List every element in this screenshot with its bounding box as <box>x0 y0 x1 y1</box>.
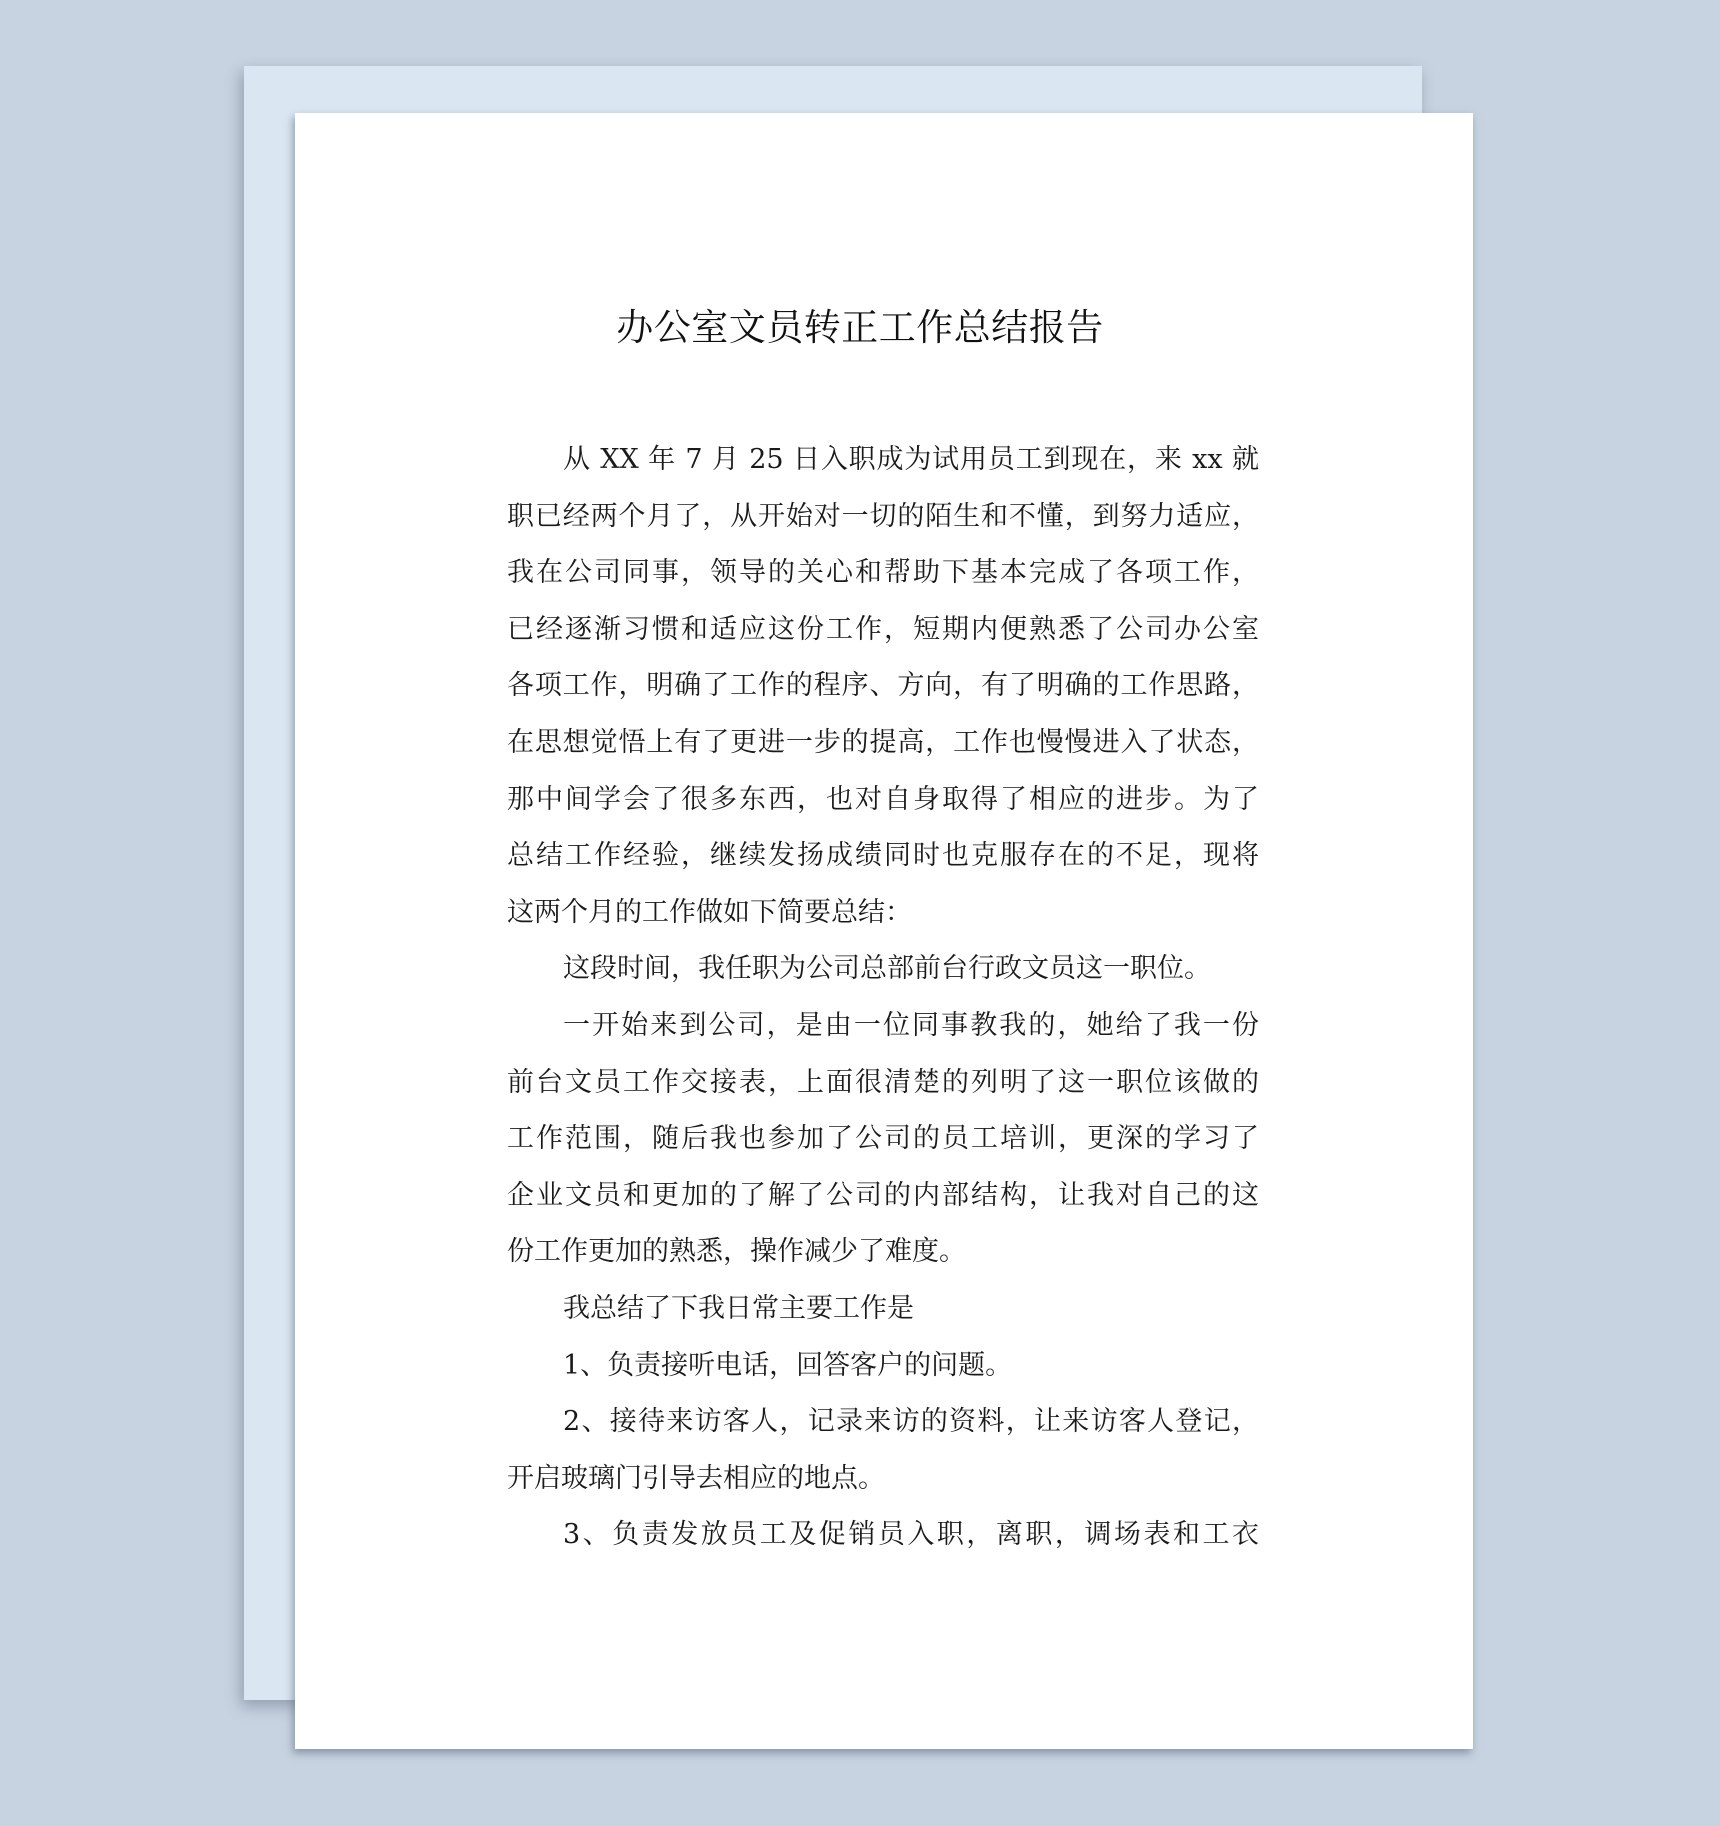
list-item-1: 1、负责接听电话，回答客户的问题。 <box>507 1338 1259 1395</box>
text-line: 3、负责发放员工及促销员入职，离职，调场表和工衣 <box>507 1507 1259 1564</box>
text-line: 各项工作，明确了工作的程序、方向，有了明确的工作思路， <box>507 658 1259 715</box>
list-item-2: 2、接待来访客人，记录来访的资料，让来访客人登记， 开启玻璃门引导去相应的地点。 <box>507 1394 1259 1507</box>
text-line: 从 XX 年 7 月 25 日入职成为试用员工到现在，来 xx 就 <box>507 432 1259 489</box>
text-line: 已经逐渐习惯和适应这份工作，短期内便熟悉了公司办公室 <box>507 602 1259 659</box>
paragraph-intro: 从 XX 年 7 月 25 日入职成为试用员工到现在，来 xx 就 职已经两个月… <box>507 432 1259 941</box>
text-line: 我在公司同事，领导的关心和帮助下基本完成了各项工作， <box>507 545 1259 602</box>
text-line: 企业文员和更加的了解了公司的内部结构，让我对自己的这 <box>507 1168 1259 1225</box>
text-line: 工作范围，随后我也参加了公司的员工培训，更深的学习了 <box>507 1111 1259 1168</box>
text-line: 一开始来到公司，是由一位同事教我的，她给了我一份 <box>507 998 1259 1055</box>
text-line: 我总结了下我日常主要工作是 <box>507 1281 1259 1338</box>
text-line: 这两个月的工作做如下简要总结： <box>507 885 1259 942</box>
text-line: 在思想觉悟上有了更进一步的提高，工作也慢慢进入了状态， <box>507 715 1259 772</box>
text-line: 职已经两个月了，从开始对一切的陌生和不懂，到努力适应， <box>507 489 1259 546</box>
text-line: 2、接待来访客人，记录来访的资料，让来访客人登记， <box>507 1394 1259 1451</box>
text-line: 开启玻璃门引导去相应的地点。 <box>507 1451 1259 1508</box>
document-body: 从 XX 年 7 月 25 日入职成为试用员工到现在，来 xx 就 职已经两个月… <box>507 432 1259 1564</box>
document-title: 办公室文员转正工作总结报告 <box>0 302 1720 354</box>
list-item-3: 3、负责发放员工及促销员入职，离职，调场表和工衣 <box>507 1507 1259 1564</box>
text-line: 那中间学会了很多东西，也对自身取得了相应的进步。为了 <box>507 772 1259 829</box>
text-line: 1、负责接听电话，回答客户的问题。 <box>507 1338 1259 1395</box>
text-line: 这段时间，我任职为公司总部前台行政文员这一职位。 <box>507 941 1259 998</box>
text-line: 份工作更加的熟悉，操作减少了难度。 <box>507 1224 1259 1281</box>
text-line: 总结工作经验，继续发扬成绩同时也克服存在的不足，现将 <box>507 828 1259 885</box>
text-line: 前台文员工作交接表，上面很清楚的列明了这一职位该做的 <box>507 1055 1259 1112</box>
paragraph-position: 这段时间，我任职为公司总部前台行政文员这一职位。 <box>507 941 1259 998</box>
paragraph-summary-intro: 我总结了下我日常主要工作是 <box>507 1281 1259 1338</box>
paragraph-onboarding: 一开始来到公司，是由一位同事教我的，她给了我一份 前台文员工作交接表，上面很清楚… <box>507 998 1259 1281</box>
